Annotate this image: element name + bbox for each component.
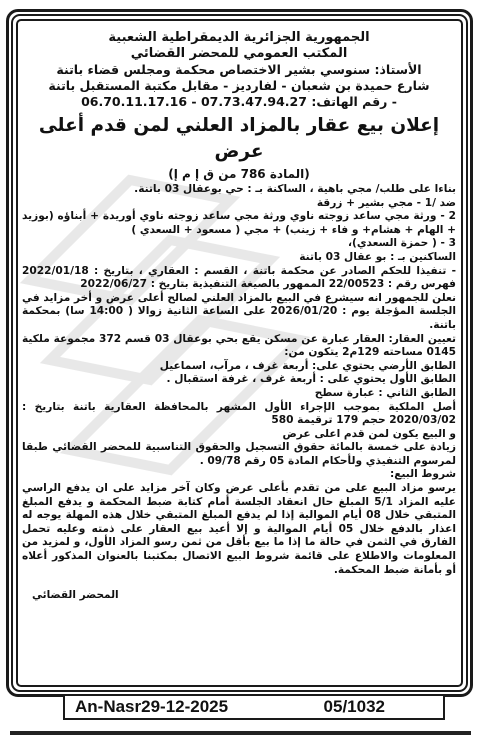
paragraph-against-1: ضد /1 - مجي بشير + زرقة xyxy=(22,197,456,211)
notice-title: إعلان بيع عقار بالمزاد العلني لمن قدم أع… xyxy=(22,113,456,165)
paragraph-fees: زيادة على خمسة بالمائة حقوق التسجيل والح… xyxy=(22,441,456,468)
paragraph-conditions-heading: شروط البيع: xyxy=(22,468,456,482)
signature: المحضر القضائي xyxy=(22,589,456,601)
header-country: الجمهورية الجزائرية الديمقراطية الشعبية xyxy=(22,30,456,46)
paragraph-applicant: بناءا على طلب/ مجي باهية ، الساكنة بـ : … xyxy=(22,183,456,197)
paragraph-against-3: 3 - ( حمزة السعدي)، xyxy=(22,237,456,251)
header-phone: - رقم الهاتف: 07.73.47.94.27 - 06.70.11.… xyxy=(22,94,456,110)
notice-subtitle: (المادة 786 من ق إ م إ) xyxy=(22,165,456,183)
paragraph-conditions: يرسو مزاد البيع على من تقدم بأعلى عرض وك… xyxy=(22,482,456,577)
paragraph-judgment: - تنفيذا للحكم الصادر عن محكمة باتنة ، ا… xyxy=(22,265,456,292)
notice-content: الجمهورية الجزائرية الديمقراطية الشعبية … xyxy=(22,24,456,601)
paragraph-first-floor: الطابق الأول يحتوي على : أربعة غرف ، غرف… xyxy=(22,373,456,387)
header-bailiff: الأستاذ: سنوسي بشير الاختصاص محكمة ومجلس… xyxy=(22,62,456,78)
header-address: شارع حميدة بن شعبان - لفارديز - مقابل مك… xyxy=(22,78,456,94)
paragraph-residence: الساكنين بـ : بو عقال 03 باتنة xyxy=(22,251,456,265)
header-office: المكتب العمومي للمحضر القضائي xyxy=(22,46,456,62)
notice-body: بناءا على طلب/ مجي باهية ، الساكنة بـ : … xyxy=(22,183,456,577)
paragraph-property: تعيين العقار: العقار عبارة عن مسكن يقع ب… xyxy=(22,333,456,360)
paragraph-sale: و البيع يكون لمن قدم اعلى عرض xyxy=(22,428,456,442)
paragraph-second-floor: الطابق الثاني : عبارة سطح xyxy=(22,387,456,401)
paragraph-against-2: 2 - ورثة مجي ساعد زوجته ناوي ورثة مجي سا… xyxy=(22,210,456,237)
bottom-rule xyxy=(10,731,471,735)
paragraph-ownership: أصل الملكية بموجب الإجراء الأول المشهر ب… xyxy=(22,401,456,428)
publication-footer: An-Nasr29-12-2025 05/1032 xyxy=(63,694,445,720)
reference-number: 05/1032 xyxy=(324,697,385,717)
paragraph-announcement: نعلن للجمهور انه سيشرع في البيع بالمزاد … xyxy=(22,292,456,333)
paragraph-ground-floor: الطابق الأرضي يحتوي على: أربعة غرف ، مرآ… xyxy=(22,360,456,374)
publication-date: An-Nasr29-12-2025 xyxy=(75,697,228,717)
